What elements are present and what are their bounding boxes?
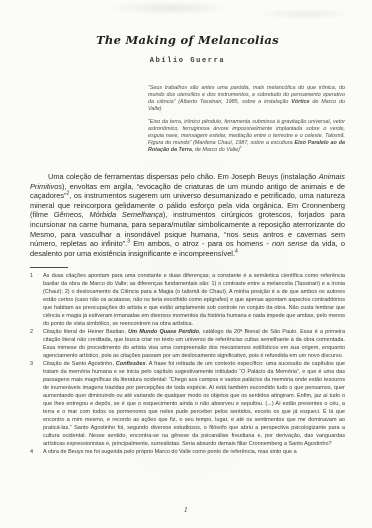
text-segment: Um Mundo Quase Perdido <box>128 329 199 335</box>
footnote-text: As duas citações apontam para uma consta… <box>43 272 345 328</box>
text-segment: Uma coleção de ferramentas dispersas pel… <box>48 172 319 181</box>
text-segment: , de Marco do Valle) <box>192 147 240 153</box>
document-page: The Making of Melancolias Abílio Guerra … <box>0 0 372 528</box>
text-segment: A obra de Beuys me foi sugerida pelo pró… <box>43 449 297 455</box>
epigraph-tassinari: “Seus trabalhos são antes uma paródia, m… <box>148 85 345 113</box>
text-segment: Vórtice <box>291 99 309 105</box>
text-segment: Gêmeos, Mórbida Semelhança <box>54 210 163 219</box>
footnote-number: 1 <box>30 272 43 328</box>
text-segment: Citação literal de Heiner Bastian, <box>43 329 128 335</box>
footnote-number: 3 <box>30 360 43 448</box>
text-segment: Confissões <box>116 361 146 367</box>
footnote-item-3: 3 Citação de Santo Agostinho, Confissões… <box>30 360 345 448</box>
page-number: 1 <box>0 506 372 514</box>
body-paragraph: Uma coleção de ferramentas dispersas pel… <box>30 172 345 258</box>
epigraph-block: “Seus trabalhos são antes uma paródia, m… <box>148 85 345 154</box>
footnote-reference: 1 <box>240 145 242 149</box>
author-name: Abílio Guerra <box>30 57 345 65</box>
footnote-text: A obra de Beuys me foi sugerida pelo pró… <box>43 448 345 456</box>
footnote-item-1: 1 As duas citações apontam para uma cons… <box>30 272 345 328</box>
text-segment: Em ambos, o atroz - para os homens - <box>130 239 272 248</box>
footnote-number: 4 <box>30 448 43 456</box>
text-segment: . A frase foi retirada de um contexto es… <box>43 361 345 447</box>
footnote-item-2: 2 Citação literal de Heiner Bastian, Um … <box>30 328 345 360</box>
footnote-number: 2 <box>30 328 43 360</box>
footnote-list: 1 As duas citações apontam para uma cons… <box>30 272 345 456</box>
text-segment: non sense <box>272 239 307 248</box>
footnote-reference: 4 <box>235 248 238 254</box>
footnote-text: Citação literal de Heiner Bastian, Um Mu… <box>43 328 345 360</box>
page-title: The Making of Melancolias <box>30 30 345 47</box>
epigraph-chaui: “Eixo da terra, irônico pêndulo, ferrame… <box>148 119 345 154</box>
footnote-text: Citação de Santo Agostinho, Confissões. … <box>43 360 345 448</box>
footnote-separator-rule <box>30 267 68 268</box>
footnote-item-4: 4 A obra de Beuys me foi sugerida pelo p… <box>30 448 345 456</box>
text-segment: Citação de Santo Agostinho, <box>43 361 116 367</box>
text-segment: As duas citações apontam para uma consta… <box>43 273 345 327</box>
